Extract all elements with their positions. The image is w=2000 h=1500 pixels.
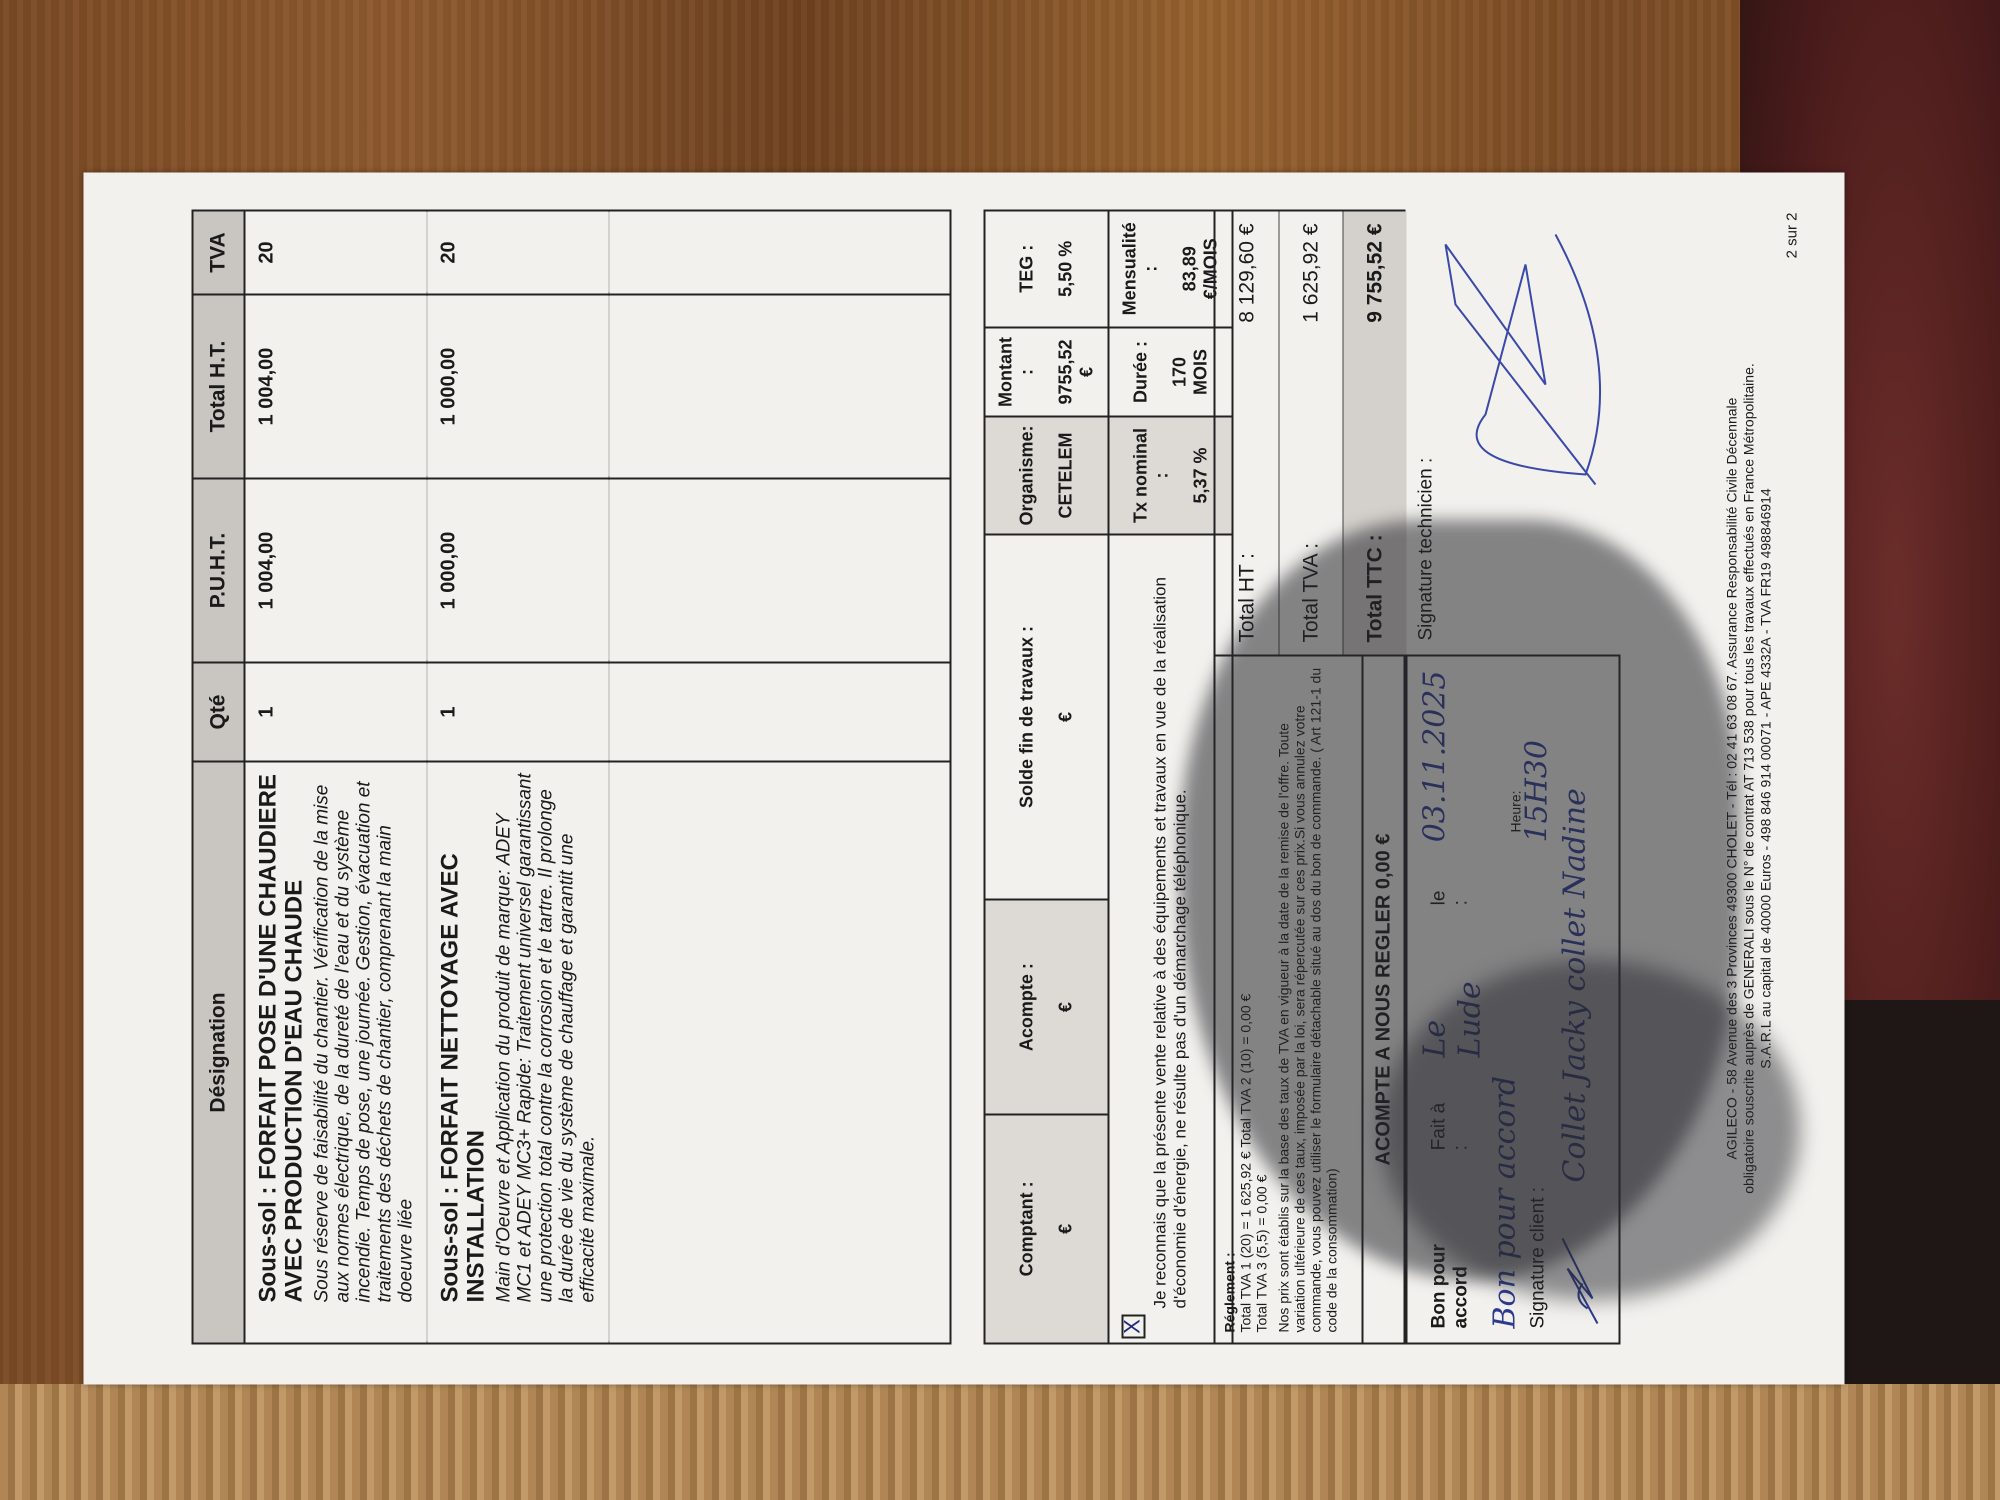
- fait-a-label: Fait à :: [1428, 1097, 1472, 1150]
- header-tva: TVA: [192, 210, 244, 294]
- bon-pour-accord-label: Bon pour accord: [1428, 1190, 1472, 1328]
- total-tva-row: Total TVA : 1 625,92 €: [1279, 211, 1343, 654]
- mensualite-label: Mensualité :: [1119, 217, 1161, 320]
- solde-label: Solde fin de travaux :: [1016, 541, 1037, 893]
- company-footer: AGILECO - 58 Avenue des 3 Provinces 4930…: [1723, 172, 1774, 1384]
- table-empty-row: [609, 210, 951, 1343]
- reglement-box: Réglement : Total TVA 1 (20) = 1 625,92 …: [1213, 654, 1363, 1344]
- duree-value: 170 MOIS: [1169, 334, 1211, 410]
- acompte-cell: Acompte : €: [984, 899, 1108, 1113]
- page-number: 2 sur 2: [1783, 212, 1800, 258]
- declaration-text: Je reconnais que la présente vente relat…: [1150, 577, 1189, 1308]
- item-puht: 1 000,00: [427, 478, 609, 662]
- duree-label: Durée :: [1130, 334, 1151, 410]
- header-qte: Qté: [192, 662, 244, 761]
- reglement-line-1: Total TVA 1 (20) = 1 625,92 € Total TVA …: [1237, 666, 1253, 1332]
- totals-box: Total HT : 8 129,60 € Total TVA : 1 625,…: [1213, 209, 1405, 654]
- header-puht: P.U.H.T.: [192, 478, 244, 662]
- item-description: Main d'Oeuvre et Application du produit …: [493, 772, 598, 1302]
- client-signature-icon: [1557, 1228, 1607, 1328]
- comptant-cell: Comptant : €: [984, 1114, 1108, 1343]
- item-tva: 20: [244, 210, 427, 294]
- client-approval-box: Bon pour accord Fait à : Le Lude le : 03…: [1405, 654, 1620, 1344]
- acompte-banner: ACOMPTE A NOUS REGLER 0,00 €: [1363, 654, 1405, 1344]
- montant-cell: Montant : 9755,52 €: [984, 327, 1108, 417]
- teg-value: 5,50 %: [1055, 217, 1076, 320]
- montant-value: 9755,52 €: [1055, 334, 1097, 410]
- total-tva-label: Total TVA :: [1279, 542, 1342, 642]
- payment-section: Réglement : Total TVA 1 (20) = 1 625,92 …: [1213, 209, 1693, 1344]
- declaration-checkbox[interactable]: X: [1121, 1314, 1145, 1338]
- item-qte: 1: [244, 662, 427, 761]
- handwritten-bon-pour-accord: Bon pour accord: [1487, 670, 1522, 1328]
- quote-page: Désignation Qté P.U.H.T. Total H.T. TVA …: [83, 172, 1844, 1384]
- organisme-label: Organisme:: [1016, 423, 1037, 526]
- table-row: Sous-sol : FORFAIT NETTOYAGE AVEC INSTAL…: [427, 210, 609, 1343]
- items-table: Désignation Qté P.U.H.T. Total H.T. TVA …: [191, 209, 951, 1344]
- date-label: le :: [1428, 882, 1472, 905]
- reglement-notice: Nos prix sont établis sur la base des ta…: [1275, 666, 1339, 1332]
- footer-line-2: obligatoire souscrite auprès de GENERALI…: [1740, 172, 1757, 1384]
- heure-value: 15H30: [1519, 739, 1554, 842]
- financing-table: Comptant : € Acompte : € Solde fin de tr…: [983, 209, 1233, 1344]
- total-tva-value: 1 625,92 €: [1279, 223, 1342, 322]
- teg-cell: TEG : 5,50 %: [984, 210, 1108, 327]
- item-qte: 1: [427, 662, 609, 761]
- reglement-title: Réglement :: [1221, 666, 1237, 1332]
- item-puht: 1 004,00: [244, 478, 427, 662]
- fait-a-value: Le Lude: [1417, 945, 1487, 1057]
- item-tva: 20: [427, 210, 609, 294]
- total-ttc-row: Total TTC : 9 755,52 €: [1343, 211, 1406, 654]
- total-ht-label: Total HT :: [1215, 553, 1278, 642]
- footer-line-1: AGILECO - 58 Avenue des 3 Provinces 4930…: [1723, 172, 1740, 1384]
- item-total-ht: 1 004,00: [244, 294, 427, 478]
- table-row: Sous-sol : FORFAIT POSE D'UNE CHAUDIERE …: [244, 210, 427, 1343]
- total-ht-row: Total HT : 8 129,60 €: [1215, 211, 1279, 654]
- client-name-handwritten: Collet Jacky collet Nadine: [1557, 788, 1592, 1182]
- montant-label: Montant :: [995, 334, 1037, 410]
- item-title: Sous-sol : FORFAIT POSE D'UNE CHAUDIERE …: [255, 772, 307, 1302]
- client-signature-label: Signature client :: [1527, 1186, 1549, 1328]
- comptant-label: Comptant :: [1016, 1121, 1037, 1336]
- footer-line-3: S.A.R.L au capital de 40000 Euros - 498 …: [1757, 172, 1774, 1384]
- acompte-label: Acompte :: [1016, 906, 1037, 1106]
- tx-nominal-label: Tx nominal :: [1130, 423, 1172, 526]
- header-total-ht: Total H.T.: [192, 294, 244, 478]
- organisme-value: CETELEM: [1055, 423, 1076, 526]
- solde-cell: Solde fin de travaux : €: [984, 534, 1108, 900]
- total-ht-value: 8 129,60 €: [1215, 223, 1278, 322]
- background-wood-table: [0, 1384, 2000, 1500]
- total-ttc-value: 9 755,52 €: [1343, 223, 1406, 322]
- document-photo: Désignation Qté P.U.H.T. Total H.T. TVA …: [83, 172, 1844, 1384]
- total-ttc-label: Total TTC :: [1343, 534, 1406, 642]
- tx-nominal-value: 5,37 %: [1190, 423, 1211, 526]
- acompte-value: €: [1055, 906, 1076, 1106]
- item-title: Sous-sol : FORFAIT NETTOYAGE AVEC INSTAL…: [437, 772, 489, 1302]
- item-total-ht: 1 000,00: [427, 294, 609, 478]
- reglement-line-2: Total TVA 3 (5,5) = 0,00 €: [1253, 666, 1269, 1332]
- comptant-value: €: [1055, 1121, 1076, 1336]
- date-value: 03.11.2025: [1417, 670, 1452, 842]
- organisme-cell: Organisme: CETELEM: [984, 416, 1108, 533]
- teg-label: TEG :: [1016, 217, 1037, 320]
- item-description: Sous réserve de faisabilité du chantier.…: [311, 772, 416, 1302]
- solde-value: €: [1055, 541, 1076, 893]
- technician-signature-box: Signature technicien :: [1405, 209, 1620, 654]
- technician-signature-icon: [1425, 224, 1615, 504]
- header-designation: Désignation: [192, 761, 244, 1343]
